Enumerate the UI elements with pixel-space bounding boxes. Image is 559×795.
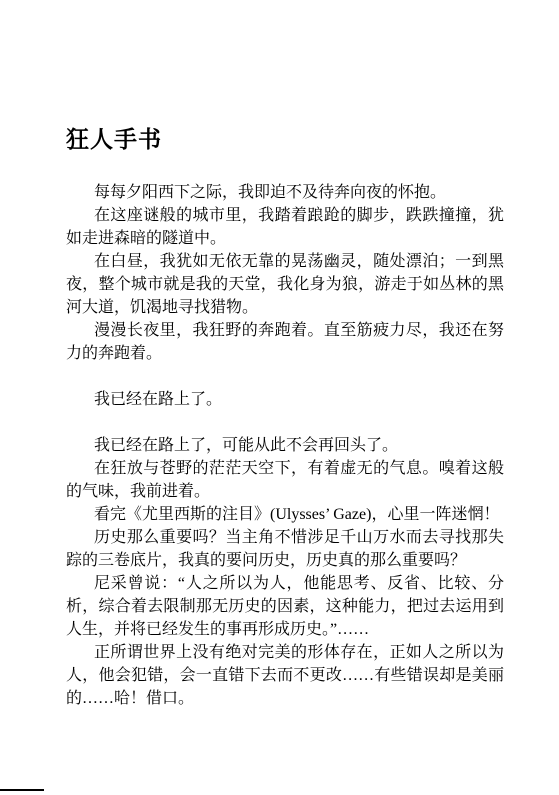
paragraph: 漫漫长夜里，我狂野的奔跑着。直至筋疲力尽，我还在努力的奔跑着。 [66,319,504,365]
paragraph: 看完《尤里西斯的注目》(Ulysses’ Gaze)，心里一阵迷惘！ [66,503,504,526]
footnote-separator-rule [0,789,44,791]
paragraph: 在白昼，我犹如无依无靠的晃荡幽灵，随处漂泊；一到黑夜，整个城市就是我的天堂，我化… [66,250,504,319]
paragraph: 在这座谜般的城市里，我踏着踉跄的脚步，跌跌撞撞，犹如走进森暗的隧道中。 [66,204,504,250]
document-page: 狂人手书 每每夕阳西下之际，我即迫不及待奔向夜的怀抱。 在这座谜般的城市里，我踏… [0,0,559,795]
paragraph: 在狂放与苍野的茫茫天空下，有着虚无的气息。嗅着这般的气味，我前进着。 [66,457,504,503]
page-title: 狂人手书 [66,121,162,154]
paragraph: 我已经在路上了，可能从此不会再回头了。 [66,434,504,457]
document-body: 每每夕阳西下之际，我即迫不及待奔向夜的怀抱。 在这座谜般的城市里，我踏着踉跄的脚… [66,181,504,710]
paragraph: 每每夕阳西下之际，我即迫不及待奔向夜的怀抱。 [66,181,504,204]
paragraph: 正所谓世界上没有绝对完美的形体存在，正如人之所以为人，他会犯错，会一直错下去而不… [66,641,504,710]
paragraph: 历史那么重要吗？当主角不惜涉足千山万水而去寻找那失踪的三卷底片，我真的要问历史，… [66,526,504,572]
paragraph: 尼采曾说：“人之所以为人，他能思考、反省、比较、分析，综合着去限制那无历史的因素… [66,572,504,641]
paragraph: 我已经在路上了。 [66,388,504,411]
